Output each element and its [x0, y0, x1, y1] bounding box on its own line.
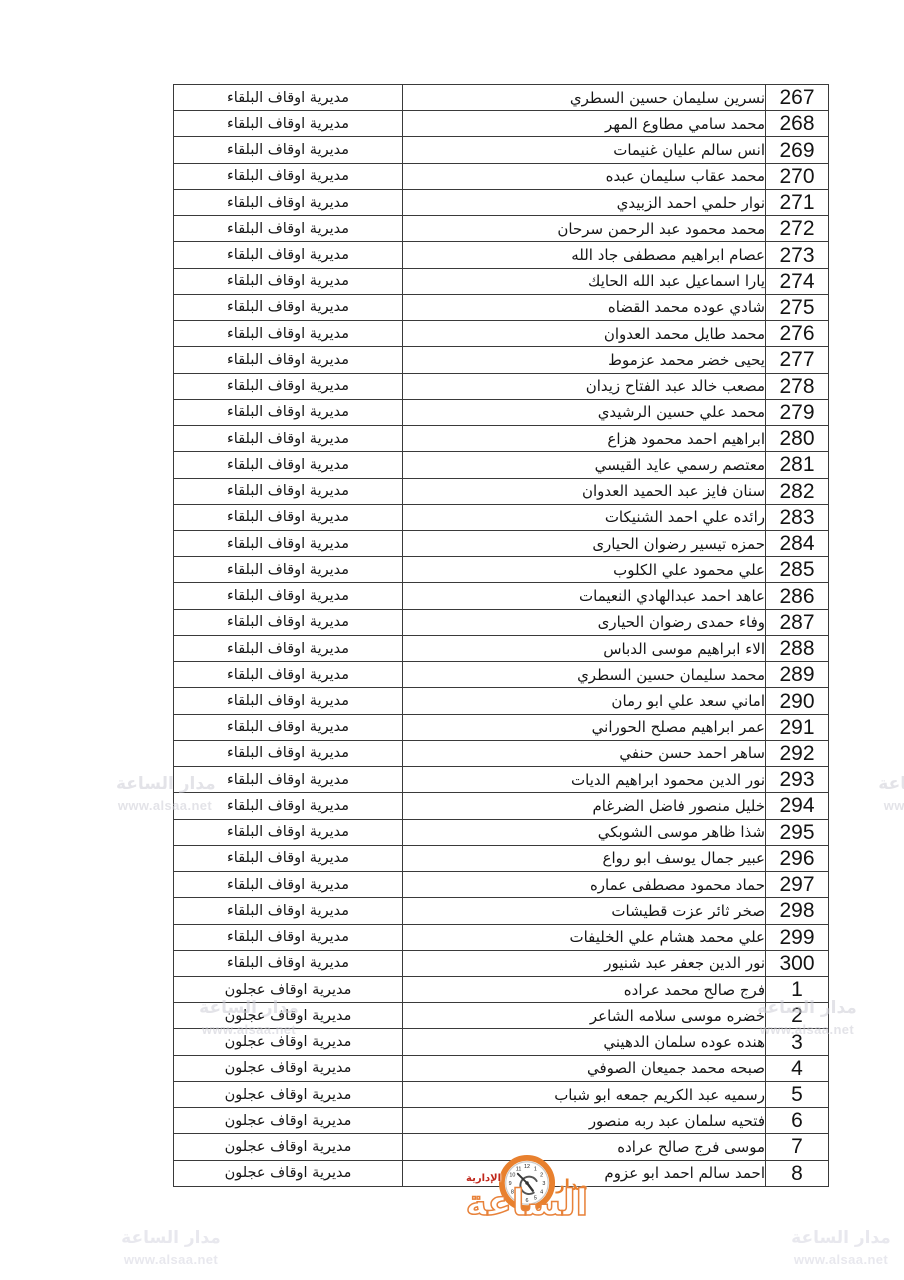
cell-number: 5 — [766, 1081, 829, 1107]
cell-name: وفاء حمدى رضوان الحيارى — [403, 609, 766, 635]
cell-number: 269 — [766, 137, 829, 163]
cell-name: محمد علي حسين الرشيدي — [403, 399, 766, 425]
table-row: 297حماد محمود مصطفى عمارهمديرية اوقاف ال… — [174, 872, 829, 898]
cell-name: الاء ابراهيم موسى الدباس — [403, 635, 766, 661]
cell-directorate: مديرية اوقاف البلقاء — [174, 478, 403, 504]
cell-directorate: مديرية اوقاف البلقاء — [174, 85, 403, 111]
cell-number: 280 — [766, 426, 829, 452]
cell-name: محمد محمود عبد الرحمن سرحان — [403, 216, 766, 242]
cell-directorate: مديرية اوقاف البلقاء — [174, 950, 403, 976]
cell-directorate: مديرية اوقاف عجلون — [174, 1003, 403, 1029]
cell-number: 281 — [766, 452, 829, 478]
cell-directorate: مديرية اوقاف البلقاء — [174, 111, 403, 137]
cell-directorate: مديرية اوقاف البلقاء — [174, 373, 403, 399]
cell-directorate: مديرية اوقاف البلقاء — [174, 740, 403, 766]
cell-directorate: مديرية اوقاف البلقاء — [174, 688, 403, 714]
cell-directorate: مديرية اوقاف البلقاء — [174, 872, 403, 898]
cell-directorate: مديرية اوقاف عجلون — [174, 1160, 403, 1186]
cell-directorate: مديرية اوقاف البلقاء — [174, 635, 403, 661]
cell-name: يارا اسماعيل عبد الله الحايك — [403, 268, 766, 294]
svg-text:2: 2 — [540, 1173, 543, 1179]
cell-name: صخر ثائر عزت قطيشات — [403, 898, 766, 924]
cell-name: معتصم رسمي عايد القيسي — [403, 452, 766, 478]
madar-alsaa-logo: 12 1 2 3 4 5 6 7 8 9 10 11 الإدارية مدار… — [460, 1146, 600, 1228]
table-row: 287وفاء حمدى رضوان الحيارىمديرية اوقاف ا… — [174, 609, 829, 635]
watermark-right-mid: مدار الساعة www.alsaa.net — [832, 772, 904, 815]
table-row: 275شادي عوده محمد القضاهمديرية اوقاف الب… — [174, 294, 829, 320]
document-page: { "table": { "groups": [ { "directorate"… — [0, 0, 904, 1280]
cell-number: 288 — [766, 635, 829, 661]
cell-number: 270 — [766, 163, 829, 189]
cell-name: حماد محمود مصطفى عماره — [403, 872, 766, 898]
cell-directorate: مديرية اوقاف البلقاء — [174, 216, 403, 242]
cell-directorate: مديرية اوقاف عجلون — [174, 1055, 403, 1081]
cell-name: محمد طايل محمد العدوان — [403, 321, 766, 347]
cell-directorate: مديرية اوقاف البلقاء — [174, 189, 403, 215]
table-row: 271نوار حلمي احمد الزبيديمديرية اوقاف ال… — [174, 189, 829, 215]
cell-number: 287 — [766, 609, 829, 635]
cell-name: علي محمد هشام علي الخليفات — [403, 924, 766, 950]
cell-name: عصام ابراهيم مصطفى جاد الله — [403, 242, 766, 268]
table-row: 282سنان فايز عبد الحميد العدوانمديرية او… — [174, 478, 829, 504]
table-row: 4صبحه محمد جميعان الصوفيمديرية اوقاف عجل… — [174, 1055, 829, 1081]
table-row: 269انس سالم عليان غنيماتمديرية اوقاف الب… — [174, 137, 829, 163]
cell-name: رسميه عبد الكريم جمعه ابو شباب — [403, 1081, 766, 1107]
cell-directorate: مديرية اوقاف عجلون — [174, 1081, 403, 1107]
cell-directorate: مديرية اوقاف البلقاء — [174, 268, 403, 294]
cell-name: محمد عقاب سليمان عبده — [403, 163, 766, 189]
cell-name: نور الدين جعفر عبد شنيور — [403, 950, 766, 976]
watermark-site-url: www.alsaa.net — [782, 1251, 900, 1270]
table-row: 1فرج صالح محمد عرادهمديرية اوقاف عجلون — [174, 976, 829, 1002]
cell-number: 274 — [766, 268, 829, 294]
watermark-bottom-left: مدار الساعة www.alsaa.net — [112, 1226, 230, 1269]
table-row: 279محمد علي حسين الرشيديمديرية اوقاف الب… — [174, 399, 829, 425]
cell-name: فرج صالح محمد عراده — [403, 976, 766, 1002]
cell-number: 300 — [766, 950, 829, 976]
cell-name: صبحه محمد جميعان الصوفي — [403, 1055, 766, 1081]
table-row: 270محمد عقاب سليمان عبدهمديرية اوقاف الب… — [174, 163, 829, 189]
cell-number: 3 — [766, 1029, 829, 1055]
cell-number: 278 — [766, 373, 829, 399]
cell-directorate: مديرية اوقاف البلقاء — [174, 530, 403, 556]
cell-number: 272 — [766, 216, 829, 242]
cell-directorate: مديرية اوقاف عجلون — [174, 1029, 403, 1055]
cell-number: 296 — [766, 845, 829, 871]
cell-number: 297 — [766, 872, 829, 898]
cell-name: ابراهيم احمد محمود هزاع — [403, 426, 766, 452]
cell-name: فتحيه سلمان عبد ربه منصور — [403, 1108, 766, 1134]
table-row: 288الاء ابراهيم موسى الدباسمديرية اوقاف … — [174, 635, 829, 661]
table-row: 290اماني سعد علي ابو رمانمديرية اوقاف ال… — [174, 688, 829, 714]
table-row: 281معتصم رسمي عايد القيسيمديرية اوقاف ال… — [174, 452, 829, 478]
cell-number: 292 — [766, 740, 829, 766]
cell-number: 275 — [766, 294, 829, 320]
cell-number: 293 — [766, 767, 829, 793]
table-row: 272محمد محمود عبد الرحمن سرحانمديرية اوق… — [174, 216, 829, 242]
cell-number: 283 — [766, 504, 829, 530]
cell-name: عاهد احمد عبدالهادي النعيمات — [403, 583, 766, 609]
cell-directorate: مديرية اوقاف البلقاء — [174, 426, 403, 452]
table-row: 295شذا ظاهر موسى الشوبكيمديرية اوقاف الب… — [174, 819, 829, 845]
cell-number: 2 — [766, 1003, 829, 1029]
cell-name: حمزه تيسير رضوان الحيارى — [403, 530, 766, 556]
cell-name: سنان فايز عبد الحميد العدوان — [403, 478, 766, 504]
cell-number: 1 — [766, 976, 829, 1002]
table-row: 5رسميه عبد الكريم جمعه ابو شبابمديرية او… — [174, 1081, 829, 1107]
table-row: 284حمزه تيسير رضوان الحيارىمديرية اوقاف … — [174, 530, 829, 556]
cell-directorate: مديرية اوقاف البلقاء — [174, 137, 403, 163]
cell-directorate: مديرية اوقاف البلقاء — [174, 347, 403, 373]
table-row: 3هنده عوده سلمان الدهينيمديرية اوقاف عجل… — [174, 1029, 829, 1055]
cell-directorate: مديرية اوقاف البلقاء — [174, 399, 403, 425]
cell-directorate: مديرية اوقاف البلقاء — [174, 163, 403, 189]
cell-name: محمد سامي مطاوع المهر — [403, 111, 766, 137]
table-row: 294خليل منصور فاضل الضرغاممديرية اوقاف ا… — [174, 793, 829, 819]
cell-number: 285 — [766, 557, 829, 583]
table-row: 291عمر ابراهيم مصلح الحورانيمديرية اوقاف… — [174, 714, 829, 740]
watermark-site-url: www.alsaa.net — [112, 1251, 230, 1270]
table-row: 2خضره موسى سلامه الشاعرمديرية اوقاف عجلو… — [174, 1003, 829, 1029]
cell-number: 299 — [766, 924, 829, 950]
cell-number: 4 — [766, 1055, 829, 1081]
cell-directorate: مديرية اوقاف عجلون — [174, 976, 403, 1002]
cell-directorate: مديرية اوقاف البلقاء — [174, 452, 403, 478]
table-row: 277يحيى خضر محمد عزموطمديرية اوقاف البلق… — [174, 347, 829, 373]
cell-number: 267 — [766, 85, 829, 111]
cell-directorate: مديرية اوقاف البلقاء — [174, 845, 403, 871]
cell-directorate: مديرية اوقاف البلقاء — [174, 294, 403, 320]
cell-number: 298 — [766, 898, 829, 924]
cell-directorate: مديرية اوقاف البلقاء — [174, 793, 403, 819]
cell-name: اماني سعد علي ابو رمان — [403, 688, 766, 714]
cell-name: خليل منصور فاضل الضرغام — [403, 793, 766, 819]
watermark-bottom-right: مدار الساعة www.alsaa.net — [782, 1226, 900, 1269]
cell-name: انس سالم عليان غنيمات — [403, 137, 766, 163]
cell-number: 295 — [766, 819, 829, 845]
cell-directorate: مديرية اوقاف البلقاء — [174, 662, 403, 688]
table-row: 276محمد طايل محمد العدوانمديرية اوقاف ال… — [174, 321, 829, 347]
table-row: 285علي محمود علي الكلوبمديرية اوقاف البل… — [174, 557, 829, 583]
cell-number: 277 — [766, 347, 829, 373]
cell-directorate: مديرية اوقاف عجلون — [174, 1134, 403, 1160]
table-row: 278مصعب خالد عبد الفتاح زيدانمديرية اوقا… — [174, 373, 829, 399]
cell-number: 7 — [766, 1134, 829, 1160]
cell-directorate: مديرية اوقاف البلقاء — [174, 609, 403, 635]
svg-text:11: 11 — [516, 1166, 522, 1172]
svg-text:12: 12 — [524, 1164, 530, 1170]
cell-number: 276 — [766, 321, 829, 347]
table-row: 299علي محمد هشام علي الخليفاتمديرية اوقا… — [174, 924, 829, 950]
cell-number: 273 — [766, 242, 829, 268]
table-row: 268محمد سامي مطاوع المهرمديرية اوقاف الب… — [174, 111, 829, 137]
cell-name: هنده عوده سلمان الدهيني — [403, 1029, 766, 1055]
cell-name: عبير جمال يوسف ابو رواع — [403, 845, 766, 871]
cell-name: رائده علي احمد الشنيكات — [403, 504, 766, 530]
watermark-site-url: www.alsaa.net — [832, 797, 904, 816]
table-row: 300نور الدين جعفر عبد شنيورمديرية اوقاف … — [174, 950, 829, 976]
cell-directorate: مديرية اوقاف البلقاء — [174, 583, 403, 609]
cell-directorate: مديرية اوقاف البلقاء — [174, 898, 403, 924]
cell-name: خضره موسى سلامه الشاعر — [403, 1003, 766, 1029]
cell-name: علي محمود علي الكلوب — [403, 557, 766, 583]
cell-name: عمر ابراهيم مصلح الحوراني — [403, 714, 766, 740]
svg-text:10: 10 — [509, 1173, 515, 1179]
cell-name: مصعب خالد عبد الفتاح زيدان — [403, 373, 766, 399]
roster-table-body: 267نسرين سليمان حسين السطريمديرية اوقاف … — [174, 85, 829, 1187]
table-row: 267نسرين سليمان حسين السطريمديرية اوقاف … — [174, 85, 829, 111]
watermark-site-name: مدار الساعة — [782, 1226, 900, 1251]
cell-number: 279 — [766, 399, 829, 425]
table-row: 296عبير جمال يوسف ابو رواعمديرية اوقاف ا… — [174, 845, 829, 871]
table-row: 274يارا اسماعيل عبد الله الحايكمديرية او… — [174, 268, 829, 294]
watermark-site-name: مدار الساعة — [832, 772, 904, 797]
table-row: 6فتحيه سلمان عبد ربه منصورمديرية اوقاف ع… — [174, 1108, 829, 1134]
cell-number: 294 — [766, 793, 829, 819]
cell-number: 290 — [766, 688, 829, 714]
cell-directorate: مديرية اوقاف عجلون — [174, 1108, 403, 1134]
cell-name: نسرين سليمان حسين السطري — [403, 85, 766, 111]
table-row: 283رائده علي احمد الشنيكاتمديرية اوقاف ا… — [174, 504, 829, 530]
table-row: 298صخر ثائر عزت قطيشاتمديرية اوقاف البلق… — [174, 898, 829, 924]
table-row: 273عصام ابراهيم مصطفى جاد اللهمديرية اوق… — [174, 242, 829, 268]
roster-table: 267نسرين سليمان حسين السطريمديرية اوقاف … — [173, 84, 829, 1187]
cell-directorate: مديرية اوقاف البلقاء — [174, 767, 403, 793]
cell-directorate: مديرية اوقاف البلقاء — [174, 714, 403, 740]
cell-number: 282 — [766, 478, 829, 504]
cell-name: ساهر احمد حسن حنفي — [403, 740, 766, 766]
table-row: 280ابراهيم احمد محمود هزاعمديرية اوقاف ا… — [174, 426, 829, 452]
cell-directorate: مديرية اوقاف البلقاء — [174, 504, 403, 530]
cell-number: 284 — [766, 530, 829, 556]
cell-directorate: مديرية اوقاف البلقاء — [174, 242, 403, 268]
cell-name: شذا ظاهر موسى الشوبكي — [403, 819, 766, 845]
cell-number: 291 — [766, 714, 829, 740]
cell-name: محمد سليمان حسين السطري — [403, 662, 766, 688]
cell-number: 6 — [766, 1108, 829, 1134]
cell-name: شادي عوده محمد القضاه — [403, 294, 766, 320]
table-row: 286عاهد احمد عبدالهادي النعيماتمديرية او… — [174, 583, 829, 609]
cell-directorate: مديرية اوقاف البلقاء — [174, 924, 403, 950]
cell-number: 289 — [766, 662, 829, 688]
table-row: 293نور الدين محمود ابراهيم الدياتمديرية … — [174, 767, 829, 793]
watermark-site-name: مدار الساعة — [112, 1226, 230, 1251]
svg-text:1: 1 — [534, 1166, 537, 1172]
logo-main-word: الساعة — [466, 1186, 588, 1222]
cell-directorate: مديرية اوقاف البلقاء — [174, 819, 403, 845]
cell-name: نور الدين محمود ابراهيم الديات — [403, 767, 766, 793]
table-row: 292ساهر احمد حسن حنفيمديرية اوقاف البلقا… — [174, 740, 829, 766]
cell-name: يحيى خضر محمد عزموط — [403, 347, 766, 373]
cell-number: 286 — [766, 583, 829, 609]
cell-directorate: مديرية اوقاف البلقاء — [174, 321, 403, 347]
cell-name: نوار حلمي احمد الزبيدي — [403, 189, 766, 215]
cell-number: 271 — [766, 189, 829, 215]
table-row: 289محمد سليمان حسين السطريمديرية اوقاف ا… — [174, 662, 829, 688]
cell-directorate: مديرية اوقاف البلقاء — [174, 557, 403, 583]
cell-number: 268 — [766, 111, 829, 137]
cell-number: 8 — [766, 1160, 829, 1186]
